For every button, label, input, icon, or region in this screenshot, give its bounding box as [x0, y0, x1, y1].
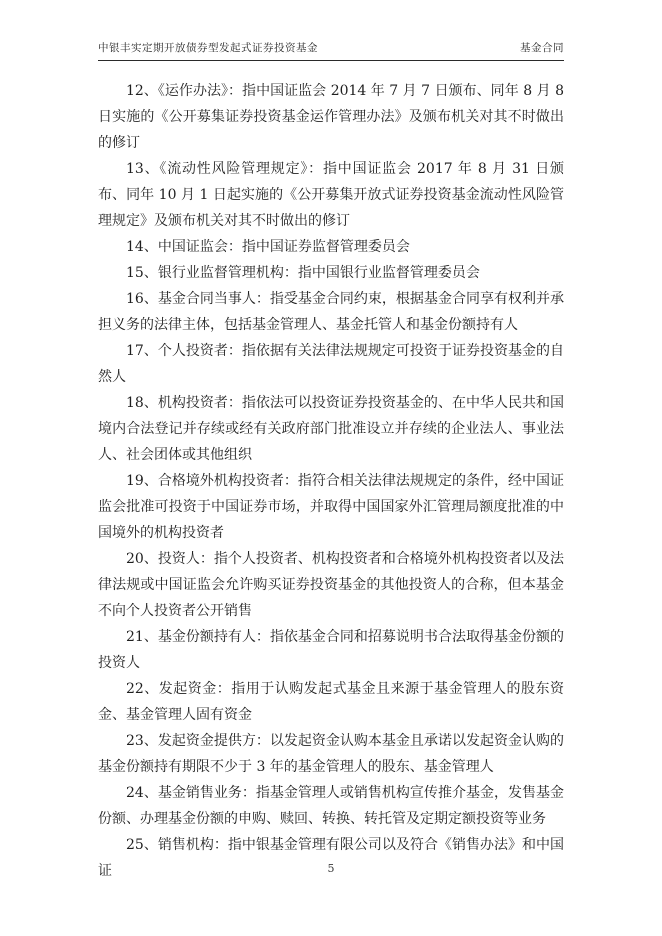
page-number: 5: [328, 862, 335, 875]
document-body: 12、《运作办法》：指中国证监会 2014 年 7 月 7 日颁布、同年 8 月…: [98, 78, 564, 884]
clause-paragraph: 19、合格境外机构投资者：指符合相关法律法规规定的条件，经中国证监会批准可投资于…: [98, 468, 564, 546]
clause-paragraph: 17、个人投资者：指依据有关法律法规规定可投资于证券投资基金的自然人: [98, 338, 564, 390]
clause-paragraph: 22、发起资金：指用于认购发起式基金且来源于基金管理人的股东资金、基金管理人固有…: [98, 676, 564, 728]
clause-paragraph: 20、投资人：指个人投资者、机构投资者和合格境外机构投资者以及法律法规或中国证监…: [98, 546, 564, 624]
clause-paragraph: 25、销售机构：指中银基金管理有限公司以及符合《销售办法》和中国证: [98, 832, 564, 884]
clause-paragraph: 23、发起资金提供方：以发起资金认购本基金且承诺以发起资金认购的基金份额持有期限…: [98, 728, 564, 780]
clause-paragraph: 21、基金份额持有人：指依基金合同和招募说明书合法取得基金份额的投资人: [98, 624, 564, 676]
page-header: 中银丰实定期开放债券型发起式证券投资基金 基金合同: [98, 40, 564, 61]
header-section-title: 基金合同: [520, 40, 564, 55]
page-footer: 5: [0, 862, 662, 875]
clause-paragraph: 13、《流动性风险管理规定》：指中国证监会 2017 年 8 月 31 日颁布、…: [98, 156, 564, 234]
clause-paragraph: 14、中国证监会：指中国证券监督管理委员会: [98, 234, 564, 260]
document-page: 中银丰实定期开放债券型发起式证券投资基金 基金合同 12、《运作办法》：指中国证…: [0, 0, 662, 936]
clause-paragraph: 18、机构投资者：指依法可以投资证券投资基金的、在中华人民共和国境内合法登记并存…: [98, 390, 564, 468]
header-document-title: 中银丰实定期开放债券型发起式证券投资基金: [98, 40, 318, 55]
clause-paragraph: 16、基金合同当事人：指受基金合同约束，根据基金合同享有权利并承担义务的法律主体…: [98, 286, 564, 338]
clause-paragraph: 15、银行业监督管理机构：指中国银行业监督管理委员会: [98, 260, 564, 286]
clause-paragraph: 24、基金销售业务：指基金管理人或销售机构宣传推介基金，发售基金份额、办理基金份…: [98, 780, 564, 832]
clause-paragraph: 12、《运作办法》：指中国证监会 2014 年 7 月 7 日颁布、同年 8 月…: [98, 78, 564, 156]
